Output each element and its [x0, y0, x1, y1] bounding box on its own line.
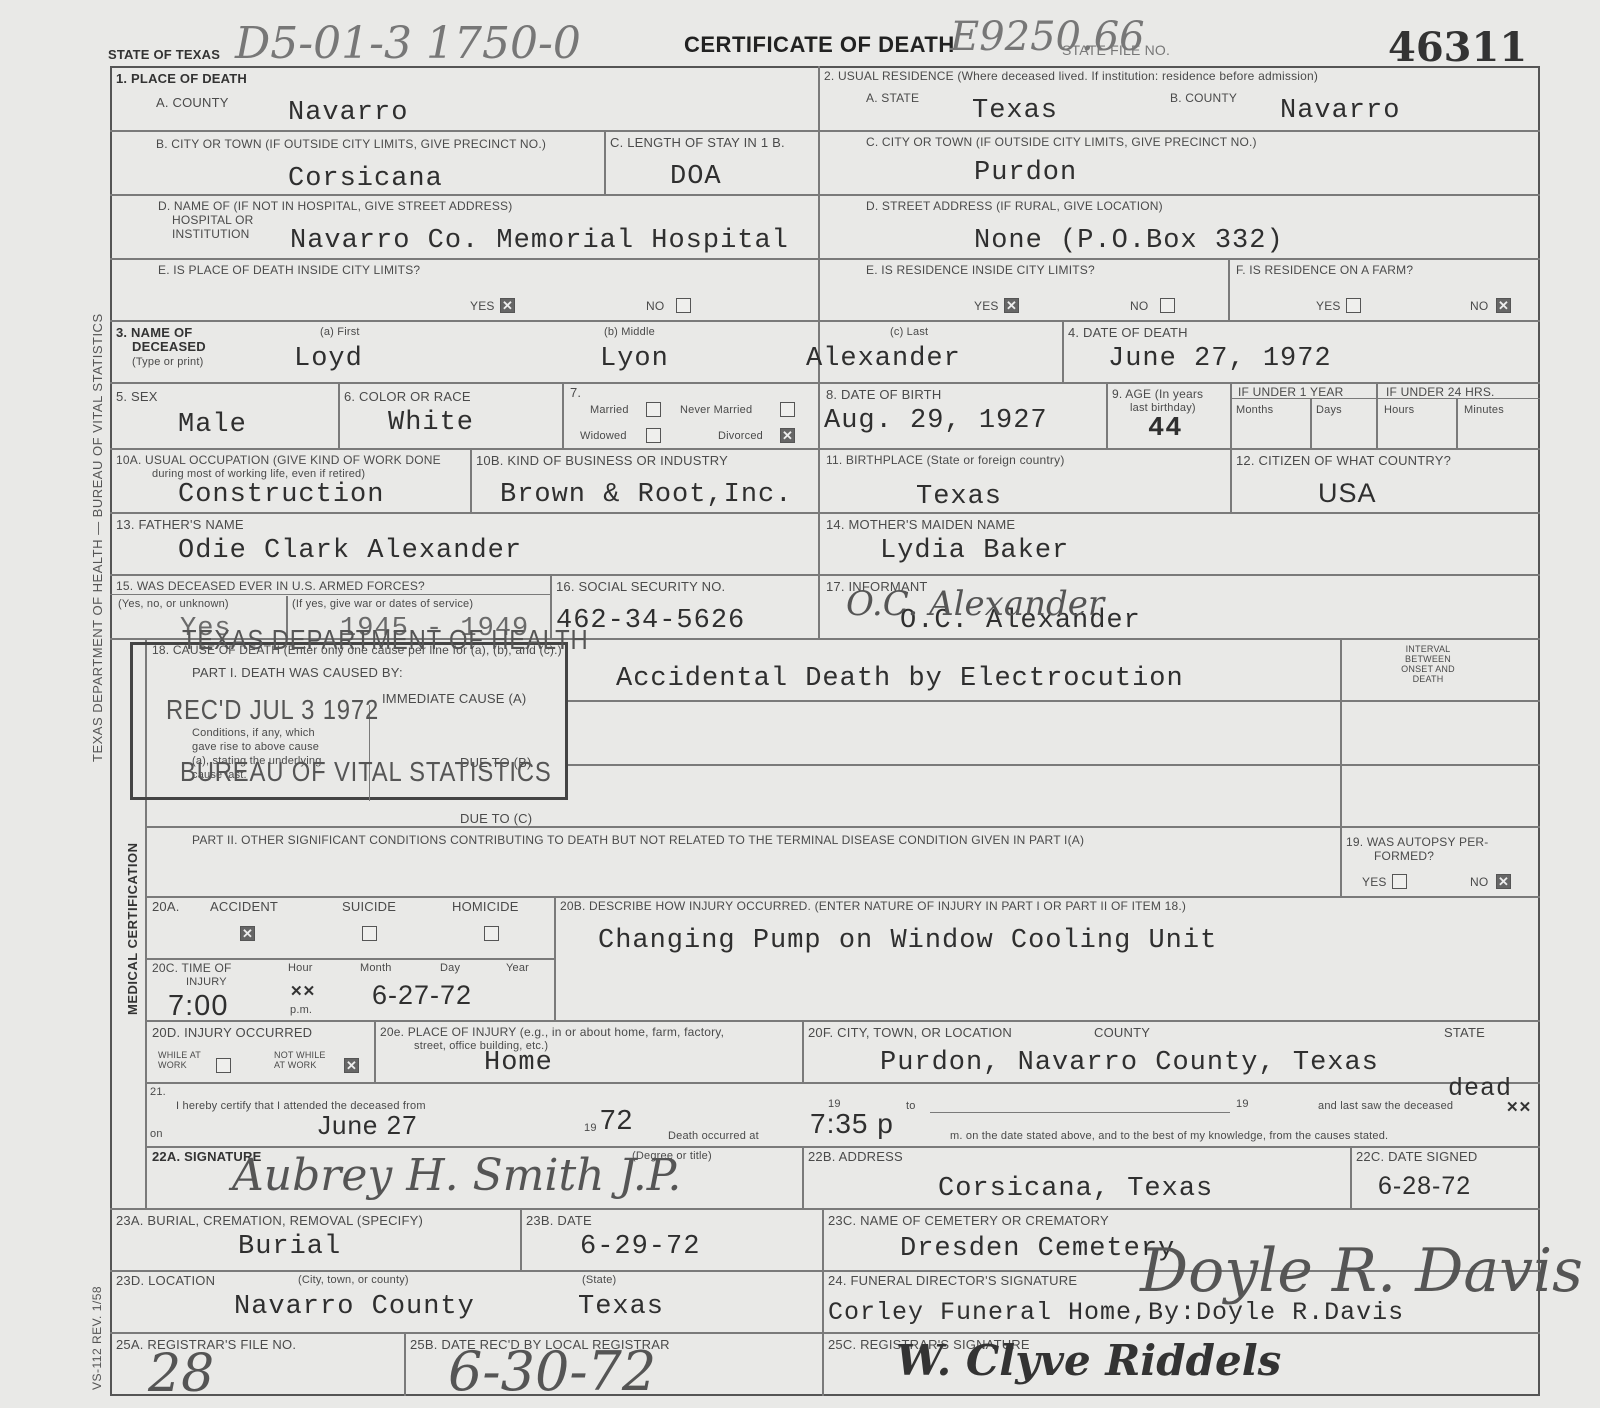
attended-year-prefix: 19	[584, 1122, 597, 1135]
autopsy-no-label: NO	[1470, 876, 1488, 889]
residence-inside-city-no-checkbox[interactable]	[1160, 298, 1175, 313]
first-name-label: (a) First	[320, 326, 360, 339]
residence-county-value: Navarro	[1280, 96, 1400, 126]
day-label: Day	[440, 962, 460, 975]
certification-item-label: 21.	[150, 1086, 166, 1099]
year-label: Year	[506, 962, 529, 975]
am-struck-mark: ✕✕	[290, 982, 315, 1000]
burial-location-state-value: Texas	[578, 1292, 664, 1322]
length-of-stay-value: DOA	[670, 162, 722, 192]
race-value: White	[388, 408, 474, 438]
handwritten-code-left: D5-01-3 1750-0	[235, 18, 581, 69]
burial-date-value: 6-29-72	[580, 1232, 700, 1262]
while-at-work-label: WHILE AT WORK	[158, 1050, 208, 1070]
birthplace-label: 11. BIRTHPLACE (State or foreign country…	[826, 454, 1065, 467]
stamp-line-1: TEXAS DEPARTMENT OF HEALTH	[182, 624, 588, 656]
ssn-label: 16. SOCIAL SECURITY NO.	[556, 580, 725, 593]
burial-location-label: 23d. LOCATION	[116, 1274, 215, 1287]
accident-checkbox[interactable]: ✕	[240, 926, 255, 941]
marital-divorced-checkbox[interactable]: ✕	[780, 428, 795, 443]
part2-label: PART II. OTHER SIGNIFICANT CONDITIONS CO…	[192, 834, 1084, 847]
attended-from-date: June 27	[318, 1110, 418, 1141]
death-inside-city-no-label: NO	[646, 300, 664, 313]
hour-label: Hour	[288, 962, 313, 975]
not-while-at-work-checkbox[interactable]: ✕	[344, 1058, 359, 1073]
injury-date-value: 6-27-72	[372, 980, 472, 1011]
date-of-death-value: June 27, 1972	[1108, 344, 1332, 374]
burial-label: 23a. BURIAL, CREMATION, REMOVAL (Specify…	[116, 1214, 423, 1227]
death-inside-city-label: e. IS PLACE OF DEATH INSIDE CITY LIMITS?	[158, 264, 420, 277]
residence-inside-city-yes-checkbox[interactable]: ✕	[1004, 298, 1019, 313]
time-of-injury-label-1: 20c. TIME OF	[152, 962, 232, 975]
residence-farm-yes-checkbox[interactable]	[1346, 298, 1361, 313]
funeral-director-label: 24. FUNERAL DIRECTOR'S SIGNATURE	[828, 1274, 1077, 1287]
autopsy-yes-checkbox[interactable]	[1392, 874, 1407, 889]
death-time-value: 7:35 p	[810, 1108, 894, 1140]
informant-signature: O.C. Alexander	[846, 584, 1104, 624]
certifier-signature: Aubrey H. Smith J.P.	[232, 1150, 681, 1201]
accident-label: ACCIDENT	[210, 900, 278, 913]
hospital-value: Navarro Co. Memorial Hospital	[290, 226, 789, 256]
suicide-checkbox[interactable]	[362, 926, 377, 941]
sex-label: 5. SEX	[116, 390, 158, 403]
injury-state-label: STATE	[1444, 1026, 1485, 1039]
month-label: Month	[360, 962, 392, 975]
last-saw-value: dead	[1448, 1074, 1512, 1103]
marital-married-label: Married	[590, 404, 629, 417]
death-inside-city-yes-checkbox[interactable]: ✕	[500, 298, 515, 313]
cemetery-label: 23c. NAME OF CEMETERY OR CREMATORY	[828, 1214, 1109, 1227]
describe-injury-label: 20b. DESCRIBE HOW INJURY OCCURRED. (Ente…	[560, 900, 1186, 913]
last-saw-text: and last saw the deceased	[1318, 1100, 1453, 1113]
marital-married-checkbox[interactable]	[646, 402, 661, 417]
residence-inside-city-label: e. IS RESIDENCE INSIDE CITY LIMITS?	[866, 264, 1095, 277]
vertical-department-label: TEXAS DEPARTMENT OF HEALTH — BUREAU OF V…	[90, 313, 105, 762]
marital-label: 7.	[570, 386, 581, 399]
residence-farm-no-label: NO	[1470, 300, 1488, 313]
after-time-text: m. on the date stated above, and to the …	[950, 1130, 1388, 1143]
certifier-address-label: 22b. ADDRESS	[808, 1150, 903, 1163]
injury-location-label: 20f. CITY, TOWN, OR LOCATION	[808, 1026, 1012, 1039]
cemetery-value: Dresden Cemetery	[900, 1234, 1175, 1264]
state-file-label: STATE FILE NO.	[1062, 44, 1170, 57]
residence-inside-city-yes-label: YES	[974, 300, 999, 313]
mother-value: Lydia Baker	[880, 536, 1069, 566]
date-signed-value: 6-28-72	[1378, 1172, 1471, 1201]
occupation-label-1: 10a. USUAL OCCUPATION (Give kind of work…	[116, 454, 441, 467]
injury-county-label: COUNTY	[1094, 1026, 1150, 1039]
residence-state-label: a. STATE	[866, 92, 919, 105]
registrar-signature: W. Clyve Riddels	[896, 1336, 1281, 1385]
time-of-injury-label-2: INJURY	[186, 976, 227, 989]
father-value: Odie Clark Alexander	[178, 536, 522, 566]
hospital-label-2: HOSPITAL OR	[172, 214, 254, 227]
middle-name-value: Lyon	[600, 344, 669, 374]
first-name-value: Loyd	[294, 344, 363, 374]
marital-divorced-label: Divorced	[718, 430, 763, 443]
armed-yes-no-label: (Yes, no, or unknown)	[118, 598, 229, 611]
homicide-checkbox[interactable]	[484, 926, 499, 941]
armed-dates-label: (If yes, give war or dates of service)	[292, 598, 473, 611]
autopsy-no-checkbox[interactable]: ✕	[1496, 874, 1511, 889]
business-label: 10b. KIND OF BUSINESS OR INDUSTRY	[476, 454, 728, 467]
last-saw-struck-mark: ✕✕	[1506, 1098, 1531, 1116]
interval-label: INTERVAL BETWEEN ONSET AND DEATH	[1388, 644, 1468, 684]
state-file-number: 46311	[1388, 24, 1527, 71]
deceased-name-label-3: (Type or print)	[132, 356, 203, 369]
occupation-value: Construction	[178, 480, 384, 510]
birthplace-value: Texas	[916, 482, 1002, 512]
citizen-value: USA	[1318, 478, 1377, 509]
document-title: CERTIFICATE OF DEATH	[684, 32, 955, 58]
usual-residence-label: 2. USUAL RESIDENCE (Where deceased lived…	[824, 70, 1318, 83]
residence-inside-city-no-label: NO	[1130, 300, 1148, 313]
residence-city-value: Purdon	[974, 158, 1077, 188]
length-of-stay-label: c. LENGTH OF STAY in 1 b.	[610, 136, 790, 149]
residence-farm-yes-label: YES	[1316, 300, 1341, 313]
place-of-injury-value: Home	[484, 1048, 553, 1078]
days-label: Days	[1316, 404, 1342, 417]
death-county-label: a. COUNTY	[156, 96, 229, 109]
death-city-label: b. CITY OR TOWN (If outside city limits,…	[156, 138, 546, 151]
burial-value: Burial	[238, 1232, 341, 1262]
date-signed-label: 22c. DATE SIGNED	[1356, 1150, 1477, 1163]
burial-location-county-value: Navarro County	[234, 1292, 475, 1322]
manner-label: 20a.	[152, 900, 180, 913]
autopsy-label-1: 19. WAS AUTOPSY PER-	[1346, 836, 1489, 849]
place-of-injury-label-1: 20e. PLACE OF INJURY (e.g., in or about …	[380, 1026, 724, 1039]
minutes-label: Minutes	[1464, 404, 1504, 417]
describe-injury-value: Changing Pump on Window Cooling Unit	[598, 926, 1217, 956]
age-label-1: 9. AGE (In years	[1112, 388, 1203, 401]
dob-label: 8. DATE OF BIRTH	[826, 388, 941, 401]
suicide-label: SUICIDE	[342, 900, 396, 913]
last-name-label: (c) Last	[890, 326, 928, 339]
attended-from-year: 72	[600, 1104, 633, 1136]
hospital-label-1: d. NAME OF (If not in hospital, give str…	[158, 200, 512, 213]
certifier-address-value: Corsicana, Texas	[938, 1174, 1213, 1204]
time-of-injury-value: 7:00	[168, 990, 228, 1023]
autopsy-label-2: FORMED?	[1374, 850, 1434, 863]
deceased-name-label-1: 3. NAME OF	[116, 326, 192, 339]
vertical-form-number-label: VS-112 REV. 1/58	[90, 1286, 104, 1390]
residence-farm-label: f. IS RESIDENCE ON A FARM?	[1236, 264, 1413, 277]
father-label: 13. FATHER'S NAME	[116, 518, 244, 531]
date-of-death-label: 4. DATE OF DEATH	[1068, 326, 1188, 339]
sex-value: Male	[178, 410, 247, 440]
due-to-c-label: DUE TO (c)	[460, 812, 532, 825]
on-label: on	[150, 1128, 163, 1141]
injury-occurred-label: 20d. INJURY OCCURRED	[152, 1026, 312, 1039]
dob-value: Aug. 29, 1927	[824, 406, 1048, 436]
marital-never-married-checkbox[interactable]	[780, 402, 795, 417]
death-inside-city-no-checkbox[interactable]	[676, 298, 691, 313]
death-inside-city-yes-label: YES	[470, 300, 495, 313]
business-value: Brown & Root,Inc.	[500, 480, 792, 510]
stamp-line-2: REC'D JUL 3 1972	[166, 694, 379, 726]
middle-name-label: (b) Middle	[604, 326, 655, 339]
date-received-value: 6-30-72	[448, 1340, 656, 1403]
registrar-file-value: 28	[148, 1344, 214, 1404]
residence-city-label: c. CITY OR TOWN (If outside city limits,…	[866, 136, 1257, 149]
place-of-death-label: 1. PLACE OF DEATH	[116, 72, 247, 85]
not-while-at-work-label: NOT WHILE AT WORK	[274, 1050, 334, 1070]
stamp-line-3: BUREAU OF VITAL STATISTICS	[180, 756, 552, 788]
autopsy-yes-label: YES	[1362, 876, 1387, 889]
deceased-name-label-2: DECEASED	[132, 340, 206, 353]
state-of-texas-label: STATE OF TEXAS	[108, 48, 220, 61]
death-city-value: Corsicana	[288, 164, 443, 194]
residence-street-label: d. STREET ADDRESS (If rural, give locati…	[866, 200, 1163, 213]
while-at-work-checkbox[interactable]	[216, 1058, 231, 1073]
death-occurred-at-label: Death occurred at	[668, 1130, 759, 1143]
last-name-value: Alexander	[806, 344, 961, 374]
marital-widowed-checkbox[interactable]	[646, 428, 661, 443]
age-value: 44	[1148, 414, 1182, 444]
residence-state-value: Texas	[972, 96, 1058, 126]
residence-farm-no-checkbox[interactable]: ✕	[1496, 298, 1511, 313]
funeral-director-signature: Doyle R. Davis	[1140, 1236, 1583, 1306]
residence-street-value: None (P.O.Box 332)	[974, 226, 1284, 256]
to-label: to	[906, 1100, 916, 1113]
homicide-label: HOMICIDE	[452, 900, 519, 913]
injury-location-value: Purdon, Navarro County, Texas	[880, 1048, 1379, 1078]
death-county-value: Navarro	[288, 98, 408, 128]
race-label: 6. COLOR OR RACE	[344, 390, 471, 403]
marital-never-married-label: Never Married	[680, 404, 752, 417]
time-ampm-label: p.m.	[290, 1004, 312, 1017]
burial-location-city-label: (City, town, or county)	[298, 1274, 409, 1287]
citizen-label: 12. CITIZEN OF WHAT COUNTRY?	[1236, 454, 1451, 467]
residence-county-label: b. COUNTY	[1170, 92, 1237, 105]
armed-forces-label: 15. WAS DECEASED EVER IN U.S. ARMED FORC…	[116, 580, 425, 593]
hours-label: Hours	[1384, 404, 1414, 417]
hospital-label-3: INSTITUTION	[172, 228, 250, 241]
mother-label: 14. MOTHER'S MAIDEN NAME	[826, 518, 1015, 531]
immediate-cause-value: Accidental Death by Electrocution	[616, 664, 1184, 694]
months-label: Months	[1236, 404, 1273, 417]
burial-location-state-label: (State)	[582, 1274, 616, 1287]
to-year-prefix: 19	[1236, 1098, 1249, 1111]
burial-date-label: 23b. DATE	[526, 1214, 592, 1227]
marital-widowed-label: Widowed	[580, 430, 627, 443]
